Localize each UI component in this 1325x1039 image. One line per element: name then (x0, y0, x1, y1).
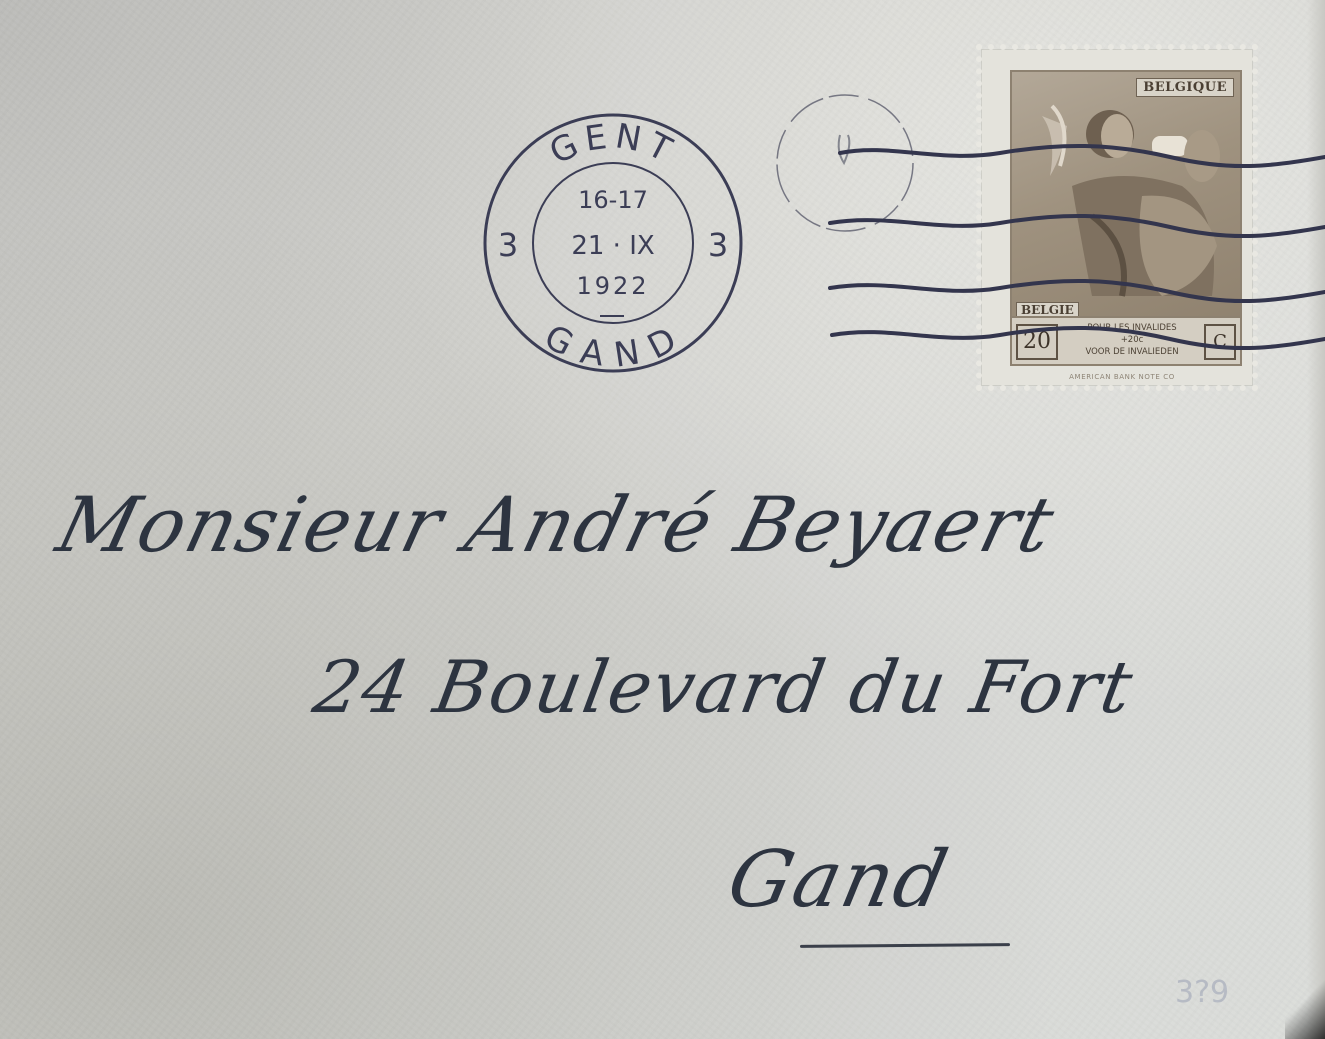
stamp-country-fr: BELGIQUE (1136, 78, 1234, 97)
stamp-unit: C (1204, 324, 1236, 360)
corner-shadow (1285, 979, 1325, 1039)
recipient-city: Gand (720, 835, 956, 925)
stamp-design: BELGIQUE BELGIE 20 POUR LES INVALIDES +2… (1010, 70, 1242, 366)
postmark-hour: 16-17 (578, 186, 648, 214)
recipient-name: Monsieur André Beyaert (49, 480, 1064, 569)
envelope: GENT GAND 3 3 16-17 21 · IX 1922 BELGIQU… (0, 0, 1325, 1039)
surcharge-line-3: VOOR DE INVALIEDEN (1062, 346, 1202, 358)
postmark-city-bottom: GAND (538, 317, 688, 376)
postage-stamp: BELGIQUE BELGIE 20 POUR LES INVALIDES +2… (982, 50, 1252, 385)
pencil-note: 3?9 (1175, 975, 1229, 1010)
date-postmark: GENT GAND 3 3 16-17 21 · IX 1922 (478, 108, 748, 378)
stamp-value-panel: 20 POUR LES INVALIDES +20c VOOR DE INVAL… (1012, 316, 1240, 364)
stamp-surcharge-text: POUR LES INVALIDES +20c VOOR DE INVALIED… (1062, 322, 1202, 358)
surcharge-line-1: POUR LES INVALIDES (1062, 322, 1202, 334)
surcharge-line-2: +20c (1062, 334, 1202, 346)
postmark-office-left: 3 (498, 226, 518, 264)
stamp-figure-illustration (1032, 96, 1232, 306)
stamp-printer-imprint: AMERICAN BANK NOTE CO (1022, 373, 1222, 381)
envelope-edge (1307, 0, 1325, 1039)
postmark-year: 1922 (576, 272, 649, 300)
recipient-street: 24 Boulevard du Fort (308, 645, 1141, 729)
postmark-date: 21 · IX (571, 231, 654, 261)
stamp-value: 20 (1016, 324, 1058, 360)
postmark-office-right: 3 (708, 226, 728, 264)
city-underline (800, 943, 1010, 948)
